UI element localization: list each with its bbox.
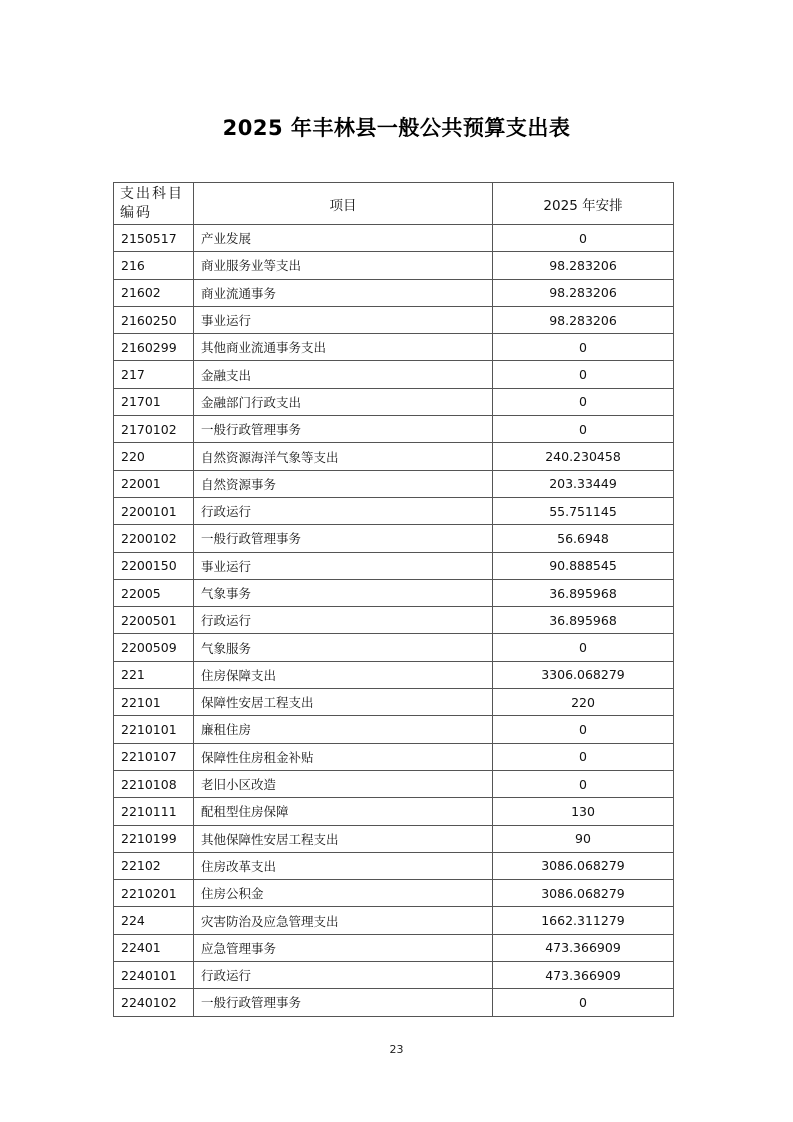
item-cell: 一般行政管理事务: [194, 525, 493, 552]
amount-cell: 98.283206: [493, 306, 674, 333]
page-title: 2025 年丰林县一般公共预算支出表: [0, 112, 793, 142]
code-cell: 2200501: [114, 607, 194, 634]
item-cell: 气象服务: [194, 634, 493, 661]
code-cell: 2210199: [114, 825, 194, 852]
item-cell: 老旧小区改造: [194, 770, 493, 797]
item-cell: 行政运行: [194, 497, 493, 524]
code-cell: 2210201: [114, 880, 194, 907]
item-cell: 应急管理事务: [194, 934, 493, 961]
item-cell: 事业运行: [194, 306, 493, 333]
amount-cell: 56.6948: [493, 525, 674, 552]
code-cell: 21701: [114, 388, 194, 415]
amount-cell: 473.366909: [493, 962, 674, 989]
table-row: 22102住房改革支出3086.068279: [114, 852, 674, 879]
table-row: 2210111配租型住房保障130: [114, 798, 674, 825]
code-cell: 224: [114, 907, 194, 934]
amount-cell: 203.33449: [493, 470, 674, 497]
amount-cell: 0: [493, 416, 674, 443]
amount-cell: 130: [493, 798, 674, 825]
table-row: 2200101行政运行55.751145: [114, 497, 674, 524]
amount-cell: 0: [493, 770, 674, 797]
header-code: 支出科目编码: [114, 183, 194, 225]
code-cell: 2210101: [114, 716, 194, 743]
amount-cell: 90.888545: [493, 552, 674, 579]
amount-cell: 0: [493, 225, 674, 252]
code-cell: 2240101: [114, 962, 194, 989]
table-row: 221住房保障支出3306.068279: [114, 661, 674, 688]
item-cell: 一般行政管理事务: [194, 416, 493, 443]
table-row: 2200102一般行政管理事务56.6948: [114, 525, 674, 552]
amount-cell: 3306.068279: [493, 661, 674, 688]
table-row: 224灾害防治及应急管理支出1662.311279: [114, 907, 674, 934]
table-row: 2160299其他商业流通事务支出0: [114, 334, 674, 361]
amount-cell: 36.895968: [493, 607, 674, 634]
code-cell: 2200150: [114, 552, 194, 579]
item-cell: 自然资源海洋气象等支出: [194, 443, 493, 470]
table-row: 2210107保障性住房租金补贴0: [114, 743, 674, 770]
code-cell: 2240102: [114, 989, 194, 1016]
amount-cell: 90: [493, 825, 674, 852]
amount-cell: 3086.068279: [493, 880, 674, 907]
code-cell: 22401: [114, 934, 194, 961]
amount-cell: 0: [493, 634, 674, 661]
code-cell: 22101: [114, 689, 194, 716]
item-cell: 一般行政管理事务: [194, 989, 493, 1016]
amount-cell: 0: [493, 388, 674, 415]
table-body: 2150517产业发展0216商业服务业等支出98.28320621602商业流…: [114, 225, 674, 1017]
item-cell: 行政运行: [194, 962, 493, 989]
budget-expenditure-table: 支出科目编码 项目 2025 年安排 2150517产业发展0216商业服务业等…: [113, 182, 674, 1017]
amount-cell: 98.283206: [493, 252, 674, 279]
item-cell: 金融支出: [194, 361, 493, 388]
amount-cell: 1662.311279: [493, 907, 674, 934]
table-row: 22101保障性安居工程支出220: [114, 689, 674, 716]
amount-cell: 3086.068279: [493, 852, 674, 879]
item-cell: 自然资源事务: [194, 470, 493, 497]
code-cell: 216: [114, 252, 194, 279]
item-cell: 住房改革支出: [194, 852, 493, 879]
table-row: 217金融支出0: [114, 361, 674, 388]
item-cell: 商业流通事务: [194, 279, 493, 306]
code-cell: 217: [114, 361, 194, 388]
item-cell: 事业运行: [194, 552, 493, 579]
item-cell: 产业发展: [194, 225, 493, 252]
code-cell: 2160299: [114, 334, 194, 361]
table-row: 2200501行政运行36.895968: [114, 607, 674, 634]
item-cell: 廉租住房: [194, 716, 493, 743]
amount-cell: 98.283206: [493, 279, 674, 306]
code-cell: 220: [114, 443, 194, 470]
table-row: 22001自然资源事务203.33449: [114, 470, 674, 497]
code-cell: 22001: [114, 470, 194, 497]
code-cell: 2200509: [114, 634, 194, 661]
amount-cell: 0: [493, 716, 674, 743]
table-header-row: 支出科目编码 项目 2025 年安排: [114, 183, 674, 225]
code-cell: 2200102: [114, 525, 194, 552]
table-row: 2200150事业运行90.888545: [114, 552, 674, 579]
code-cell: 2160250: [114, 306, 194, 333]
table-row: 2210201住房公积金3086.068279: [114, 880, 674, 907]
amount-cell: 473.366909: [493, 934, 674, 961]
page-number: 23: [0, 1043, 793, 1056]
item-cell: 行政运行: [194, 607, 493, 634]
item-cell: 灾害防治及应急管理支出: [194, 907, 493, 934]
table-row: 220自然资源海洋气象等支出240.230458: [114, 443, 674, 470]
table-row: 2160250事业运行98.283206: [114, 306, 674, 333]
table-row: 21602商业流通事务98.283206: [114, 279, 674, 306]
amount-cell: 36.895968: [493, 579, 674, 606]
table-row: 2210101廉租住房0: [114, 716, 674, 743]
item-cell: 其他商业流通事务支出: [194, 334, 493, 361]
item-cell: 保障性安居工程支出: [194, 689, 493, 716]
code-cell: 2210108: [114, 770, 194, 797]
amount-cell: 0: [493, 334, 674, 361]
item-cell: 金融部门行政支出: [194, 388, 493, 415]
table-row: 22005气象事务36.895968: [114, 579, 674, 606]
code-cell: 22102: [114, 852, 194, 879]
table-row: 2240101行政运行473.366909: [114, 962, 674, 989]
amount-cell: 55.751145: [493, 497, 674, 524]
header-item: 项目: [194, 183, 493, 225]
table-row: 2170102一般行政管理事务0: [114, 416, 674, 443]
code-cell: 2210111: [114, 798, 194, 825]
table-row: 2240102一般行政管理事务0: [114, 989, 674, 1016]
header-amount: 2025 年安排: [493, 183, 674, 225]
item-cell: 商业服务业等支出: [194, 252, 493, 279]
item-cell: 住房保障支出: [194, 661, 493, 688]
code-cell: 221: [114, 661, 194, 688]
code-cell: 2150517: [114, 225, 194, 252]
table-row: 2210108老旧小区改造0: [114, 770, 674, 797]
amount-cell: 0: [493, 989, 674, 1016]
item-cell: 气象事务: [194, 579, 493, 606]
code-cell: 2210107: [114, 743, 194, 770]
amount-cell: 0: [493, 361, 674, 388]
item-cell: 住房公积金: [194, 880, 493, 907]
amount-cell: 240.230458: [493, 443, 674, 470]
amount-cell: 0: [493, 743, 674, 770]
table-row: 21701金融部门行政支出0: [114, 388, 674, 415]
item-cell: 配租型住房保障: [194, 798, 493, 825]
item-cell: 保障性住房租金补贴: [194, 743, 493, 770]
table-row: 216商业服务业等支出98.283206: [114, 252, 674, 279]
table-row: 22401应急管理事务473.366909: [114, 934, 674, 961]
table-row: 2210199其他保障性安居工程支出90: [114, 825, 674, 852]
table-row: 2200509气象服务0: [114, 634, 674, 661]
code-cell: 2200101: [114, 497, 194, 524]
code-cell: 2170102: [114, 416, 194, 443]
amount-cell: 220: [493, 689, 674, 716]
table-row: 2150517产业发展0: [114, 225, 674, 252]
code-cell: 22005: [114, 579, 194, 606]
item-cell: 其他保障性安居工程支出: [194, 825, 493, 852]
code-cell: 21602: [114, 279, 194, 306]
